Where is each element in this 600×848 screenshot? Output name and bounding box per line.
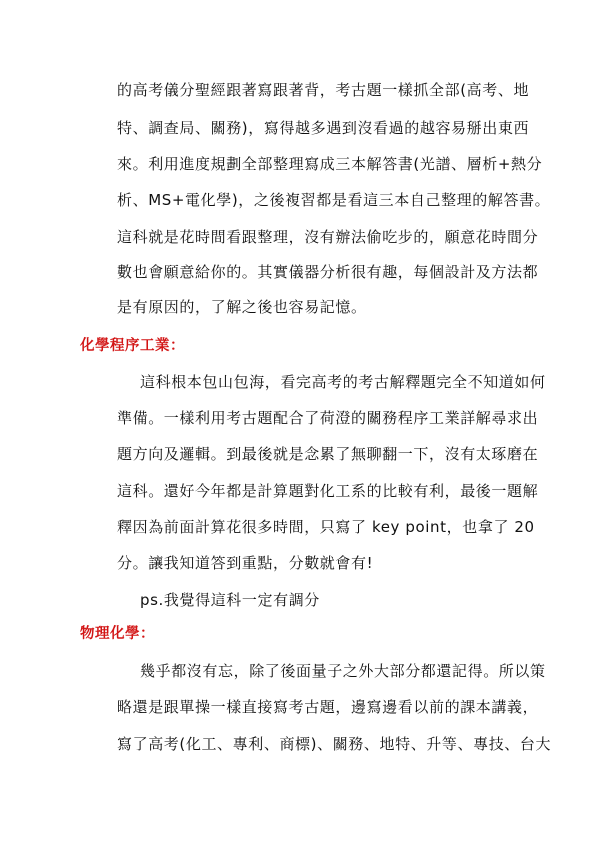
body-text-line: 的高考儀分聖經跟著寫跟著背，考古題一樣抓全部(高考、地 — [117, 80, 529, 100]
section-heading-chem-process: 化學程序工業： — [80, 336, 185, 356]
body-text-line: 這科就是花時間看跟整理，沒有辦法偷吃步的，願意花時間分 — [117, 227, 538, 247]
body-text-line: 準備。一樣利用考古題配合了荷澄的關務程序工業詳解尋求出 — [117, 408, 538, 428]
document-page: 的高考儀分聖經跟著寫跟著背，考古題一樣抓全部(高考、地 特、調查局、關務)，寫得… — [0, 0, 600, 848]
body-text-line: 特、調查局、關務)，寫得越多遇到沒看過的越容易掰出東西 — [117, 118, 529, 138]
body-text-line: 這科根本包山包海，看完高考的考古解釋題完全不知道如何 — [140, 372, 546, 392]
body-text-line: 這科。還好今年都是計算題對化工系的比較有利，最後一題解 — [117, 481, 538, 501]
body-text-line: 分。讓我知道答到重點，分數就會有! — [117, 553, 373, 573]
body-text-line: 幾乎都沒有忘，除了後面量子之外大部分都還記得。所以策 — [140, 661, 546, 681]
body-text-line: 題方向及邏輯。到最後就是念累了無聊翻一下，沒有太琢磨在 — [117, 444, 538, 464]
body-text-line: 數也會願意給你的。其實儀器分析很有趣，每個設計及方法都 — [117, 262, 538, 282]
body-text-line: 來。利用進度規劃全部整理寫成三本解答書(光譜、層析+熱分 — [117, 154, 542, 174]
ps-note: ps.我覺得這科一定有調分 — [140, 590, 320, 610]
section-heading-phys-chem: 物理化學： — [80, 624, 155, 644]
body-text-line: 是有原因的，了解之後也容易記憶。 — [117, 297, 367, 317]
body-text-line: 釋因為前面計算花很多時間，只寫了 key point，也拿了 20 — [117, 517, 535, 537]
body-text-line: 析、MS+電化學)，之後複習都是看這三本自己整理的解答書。 — [117, 190, 550, 210]
body-text-line: 略還是跟單操一樣直接寫考古題，邊寫邊看以前的課本講義， — [117, 697, 538, 717]
body-text-line: 寫了高考(化工、專利、商標)、關務、地特、升等、專技、台大 — [117, 734, 551, 754]
